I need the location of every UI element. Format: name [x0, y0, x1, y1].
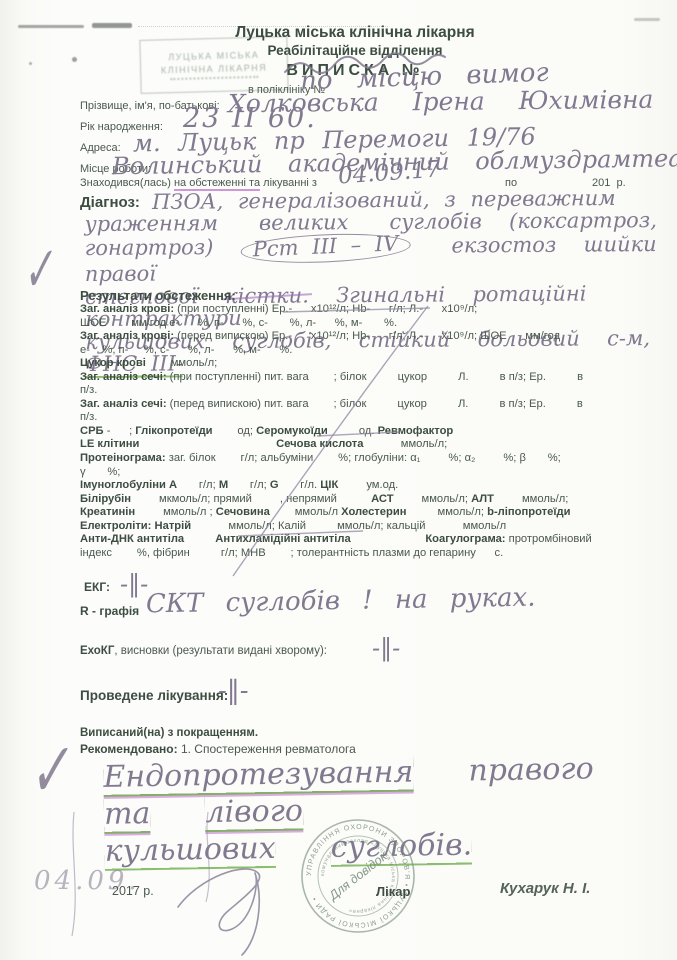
text-segment: Цукор крові — [80, 357, 146, 369]
text-segment: правого — [413, 750, 649, 789]
text-segment: лівого — [205, 793, 303, 830]
text-line: гонартроз) Рст ІІІ – ІV екзостоз шийки п… — [85, 231, 670, 285]
text-segment: од. — [328, 425, 378, 437]
text-segment: Коагулограма: — [425, 533, 505, 545]
text-segment: Заг. аналіз сечі: — [80, 371, 167, 383]
text-segment: ммоль/л; — [494, 493, 568, 505]
text-segment: (перед випискою) Ер.- х10¹²/л; Hb- г/л; … — [174, 330, 560, 342]
scan-smudge — [634, 18, 660, 21]
text-segment: Глікопротеїди — [135, 425, 212, 437]
treatment-value-handwritten: -‖- — [218, 676, 249, 706]
text-segment: АЛТ — [471, 493, 494, 505]
text-segment: (при поступленні) пит. вага ; білок цуко… — [167, 371, 583, 383]
text-segment: b-ліпопротеїди — [487, 506, 570, 518]
xray-label: R - графія — [80, 604, 139, 618]
text-segment: ммоль/л; — [394, 493, 472, 505]
text-segment: ум.од. — [338, 479, 398, 491]
text-segment: г/л; — [228, 479, 270, 491]
scan-smudge — [72, 57, 77, 62]
text-line: е- %, п- %, с- %, л- %, м- %. — [80, 344, 660, 358]
scan-smudge — [92, 23, 132, 28]
text-segment — [150, 795, 206, 831]
results-lines: Заг. аналіз крові: (при поступленні) Ер.… — [80, 303, 660, 560]
stay-label-post: лікуванні з — [260, 177, 317, 189]
echo-value-handwritten: -‖- — [372, 634, 400, 662]
recommendation-checkmark: ✓ — [25, 728, 73, 815]
text-line: LE клітини Сечова кислота ммоль/л; — [80, 438, 660, 452]
text-segment: Заг. аналіз сечі: — [80, 398, 167, 410]
recommended-item-text: 1. Спостереження ревматолога — [178, 742, 356, 756]
text-segment: п/з. — [80, 384, 97, 396]
text-segment: г/л. — [279, 479, 321, 491]
text-segment: Холестерин — [341, 506, 406, 518]
text-segment: індекс %, фібрин г/л; МНВ ; толерантніст… — [80, 547, 503, 559]
text-line: п/з. — [80, 384, 660, 398]
doctor-name: Кухарук Н. І. — [500, 880, 590, 897]
text-segment: Рст ІІІ – ІV — [240, 230, 411, 265]
text-segment — [351, 533, 426, 545]
echo-label-rest: , висновки (результати видані хворому): — [114, 645, 327, 657]
discharge-status-text: Виписаний(на) з покращенням. — [80, 727, 258, 739]
text-segment: заг. білок г/л; альбуміни %; глобуліни: … — [166, 452, 561, 464]
text-line: Цукор крові ммоль/л; — [80, 357, 660, 371]
text-line: Протеінограма: заг. білок г/л; альбуміни… — [80, 452, 660, 466]
text-segment: ммоль/л; — [146, 357, 217, 369]
text-segment: п/з. — [80, 411, 97, 423]
text-segment: гонартроз) — [85, 234, 241, 259]
text-segment: та — [104, 796, 151, 832]
text-line: Білірубін мкмоль/л; прямий , непрямий АС… — [80, 493, 660, 507]
diagnosis-label: Діагноз: — [80, 194, 140, 211]
scan-smudge — [18, 25, 84, 28]
text-line: Креатинін ммоль/л ; Сечовина ммоль/л Хол… — [80, 506, 660, 520]
text-segment: протромбіновий — [506, 533, 592, 545]
echo-label-bold: ЕхоКГ — [80, 645, 114, 657]
text-segment: Ревмофактор — [378, 425, 454, 437]
results-label: Результати обстеження: — [80, 288, 236, 303]
text-segment: Заг. аналіз крові: — [80, 330, 174, 342]
text-segment: ммоль/л; — [406, 506, 487, 518]
text-segment: Протеінограма: — [80, 452, 166, 464]
text-segment — [184, 533, 215, 545]
document-page: ЛУЦЬКА МІСЬКА КЛІНІЧНА ЛІКАРНЯ Луцька мі… — [0, 0, 677, 960]
text-line: п/з. — [80, 411, 660, 425]
text-segment: од; — [213, 425, 257, 437]
text-segment: г/л; — [177, 479, 219, 491]
doctor-label: Лікар — [376, 884, 410, 899]
hospital-name: Луцька міська клінічна лікарня — [160, 24, 550, 42]
footer-year-printed: 2017 р. — [112, 884, 154, 898]
text-segment: СРБ — [80, 425, 104, 437]
recommended-label: Рекомендовано: — [80, 742, 178, 756]
text-segment: М — [219, 479, 228, 491]
text-line: СРБ - ; Глікопротеїди од; Серомукоїди од… — [80, 425, 660, 439]
text-segment: Білірубін — [80, 493, 131, 505]
text-line: γ %; — [80, 466, 660, 480]
text-line: Анти-ДНК антитіла Антихламідійні антитіл… — [80, 533, 660, 547]
text-segment: ЦІК — [320, 479, 338, 491]
text-segment: (при поступленні) Ер.- х10¹²/л; Hb- г/л;… — [174, 303, 477, 315]
echo-label: ЕхоКГ, висновки (результати видані хворо… — [80, 645, 327, 657]
text-segment: е- %, п- %, с- %, л- %, м- %. — [80, 344, 292, 356]
text-segment: мкмоль/л; прямий , непрямий — [131, 493, 371, 505]
text-segment: АСТ — [371, 493, 393, 505]
recommended-line: Рекомендовано: 1. Спостереження ревматол… — [80, 742, 356, 756]
text-segment: Імуноглобуліни А — [80, 479, 177, 491]
text-segment: (перед випискою) пит. вага ; білок цукор… — [167, 398, 583, 410]
text-segment: Антихламідійні антитіла — [215, 533, 350, 545]
ekg-value-handwritten: -‖- — [120, 570, 148, 598]
text-segment: Серомукоїди — [256, 425, 328, 437]
ekg-label: ЕКГ: — [84, 580, 110, 594]
text-segment: Сечова кислота — [276, 438, 363, 450]
text-segment: ммоль/л; Калій ммоль/л; кальцій ммоль/л — [191, 520, 506, 532]
text-line: Імуноглобуліни А г/л; М г/л; G г/л. ЦІК … — [80, 479, 660, 493]
text-segment: ммоль/л; — [363, 438, 447, 450]
diagnosis-checkmark: ✓ — [19, 234, 57, 306]
stay-label-pre: Знаходився(лась) — [80, 177, 174, 189]
text-segment: Електроліти: Натрій — [80, 520, 191, 532]
text-segment: Ендопротезування — [103, 754, 414, 794]
text-line: Заг. аналіз сечі: (при поступленні) пит.… — [80, 371, 660, 385]
text-line: Заг. аналіз сечі: (перед випискою) пит. … — [80, 398, 660, 412]
text-segment — [139, 438, 276, 450]
text-line: Заг. аналіз крові: (при поступленні) Ер.… — [80, 303, 660, 317]
text-line: ШОЕ мм/год е- %, п- %, с- %, л- %, м- %. — [80, 317, 660, 331]
text-segment: Сечовина — [216, 506, 270, 518]
treatment-label: Проведене лікування: — [80, 688, 228, 703]
xray-value-handwritten: СКТ суглобів ! на руках. — [146, 583, 536, 620]
text-segment: γ %; — [80, 466, 120, 478]
text-segment: G — [270, 479, 279, 491]
text-segment: ШОЕ мм/год е- %, п- %, с- %, л- %, м- %. — [80, 317, 397, 329]
stay-label-underlined: на обстеженні та — [174, 177, 260, 189]
text-line: Заг. аналіз крові: (перед випискою) Ер.-… — [80, 330, 660, 344]
doctor-signature — [170, 855, 290, 960]
stay-label: Знаходився(лась) на обстеженні та лікува… — [80, 177, 317, 189]
scan-smudge — [29, 62, 32, 65]
text-line: індекс %, фібрин г/л; МНВ ; толерантніст… — [80, 547, 660, 561]
text-segment: Анти-ДНК антитіла — [80, 533, 184, 545]
text-segment: Заг. аналіз крові: — [80, 303, 174, 315]
text-line: Електроліти: Натрій ммоль/л; Калій ммоль… — [80, 520, 660, 534]
department-name: Реабілітаційне відділення — [160, 43, 550, 58]
text-segment: ммоль/л ; — [135, 506, 216, 518]
round-stamp: УПРАВЛІННЯ ОХОРОНИ ЗДОРОВ'Я • ЛУЦЬКОЇ МІ… — [295, 813, 421, 939]
text-segment: ммоль/л — [270, 506, 341, 518]
text-segment: - ; — [104, 425, 136, 437]
text-segment: LE клітини — [80, 438, 139, 450]
text-segment: Креатинін — [80, 506, 135, 518]
